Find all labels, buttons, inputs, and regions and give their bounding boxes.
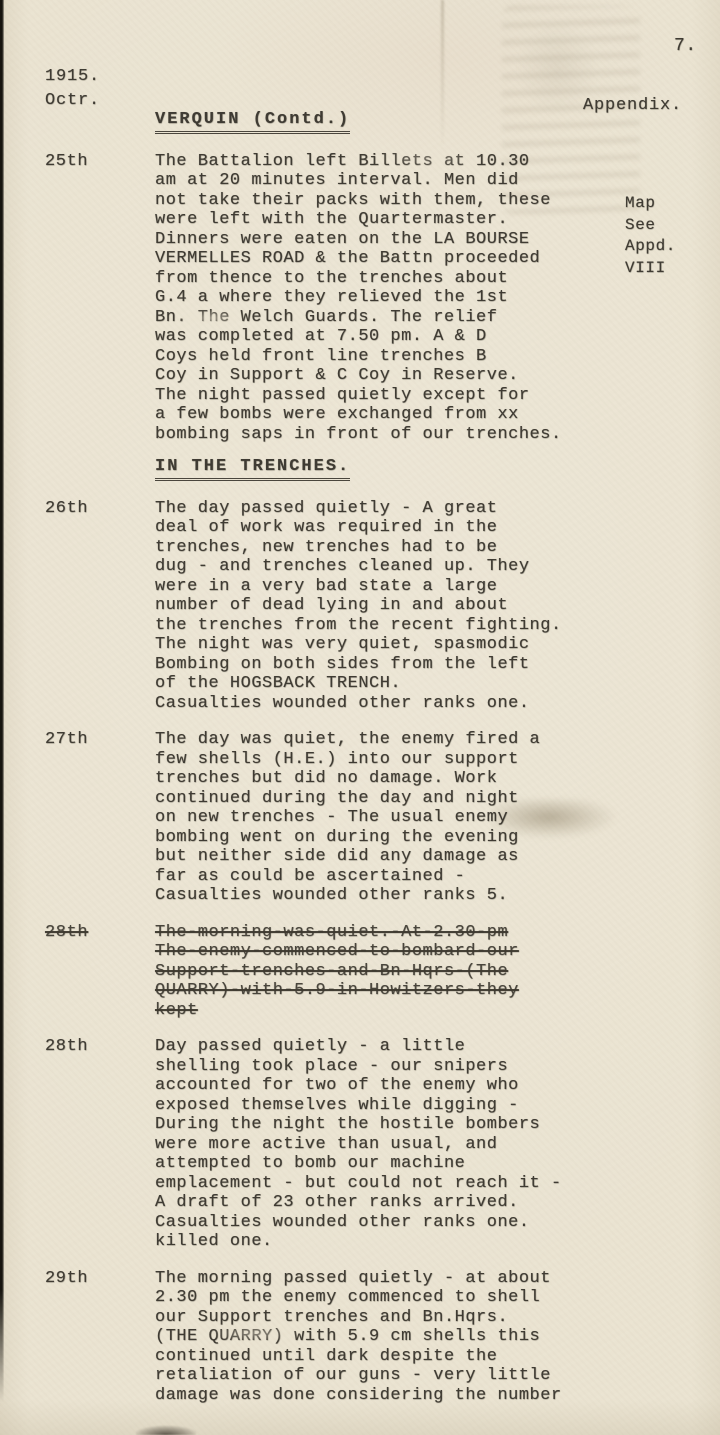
entry-body: The Battalion left Billets at 10.30 am a… [155, 152, 720, 445]
diary-section: VERQUIN (Contd.) 25th The Battalion left… [0, 110, 720, 444]
entry-row: 26th The day passed quietly - A great de… [0, 499, 720, 714]
date-block: 1915. Octr. [45, 65, 100, 113]
entry-row: 28th Day passed quietly - a little shell… [0, 1037, 720, 1252]
entry-row: 28th The-morning-was-quiet.-At-2.30-pm T… [0, 923, 720, 1021]
entry-date: 25th [45, 152, 155, 445]
entry-list: 26th The day passed quietly - A great de… [0, 499, 720, 1406]
entry-date: 29th [45, 1269, 155, 1406]
diary-content: VERQUIN (Contd.) 25th The Battalion left… [0, 110, 720, 1422]
section-heading: VERQUIN (Contd.) [155, 110, 350, 134]
entry-body: The day was quiet, the enemy fired a few… [155, 730, 720, 906]
entry-list: 25th The Battalion left Billets at 10.30… [0, 152, 720, 445]
page-number: 7. [674, 36, 697, 56]
entry-row: 29th The morning passed quietly - at abo… [0, 1269, 720, 1406]
diary-section: IN THE TRENCHES. 26th The day passed qui… [0, 457, 720, 1405]
entry-body: The-morning-was-quiet.-At-2.30-pm The-en… [155, 923, 720, 1021]
entry-body: The day passed quietly - A great deal of… [155, 499, 720, 714]
section-heading: IN THE TRENCHES. [155, 457, 350, 481]
entry-date: 28th [45, 923, 155, 1021]
war-diary-scanned-page: 7. 1915. Octr. Appendix. Map See Appd. V… [0, 0, 720, 1435]
entry-date: 27th [45, 730, 155, 906]
entry-body: The morning passed quietly - at about 2.… [155, 1269, 720, 1406]
entry-date: 26th [45, 499, 155, 714]
entry-date: 28th [45, 1037, 155, 1252]
entry-row: 25th The Battalion left Billets at 10.30… [0, 152, 720, 445]
year-label: 1915. [45, 65, 100, 89]
ink-smudge [492, 799, 618, 839]
entry-body: Day passed quietly - a little shelling t… [155, 1037, 720, 1252]
bottom-edge-smudge [136, 1425, 196, 1435]
